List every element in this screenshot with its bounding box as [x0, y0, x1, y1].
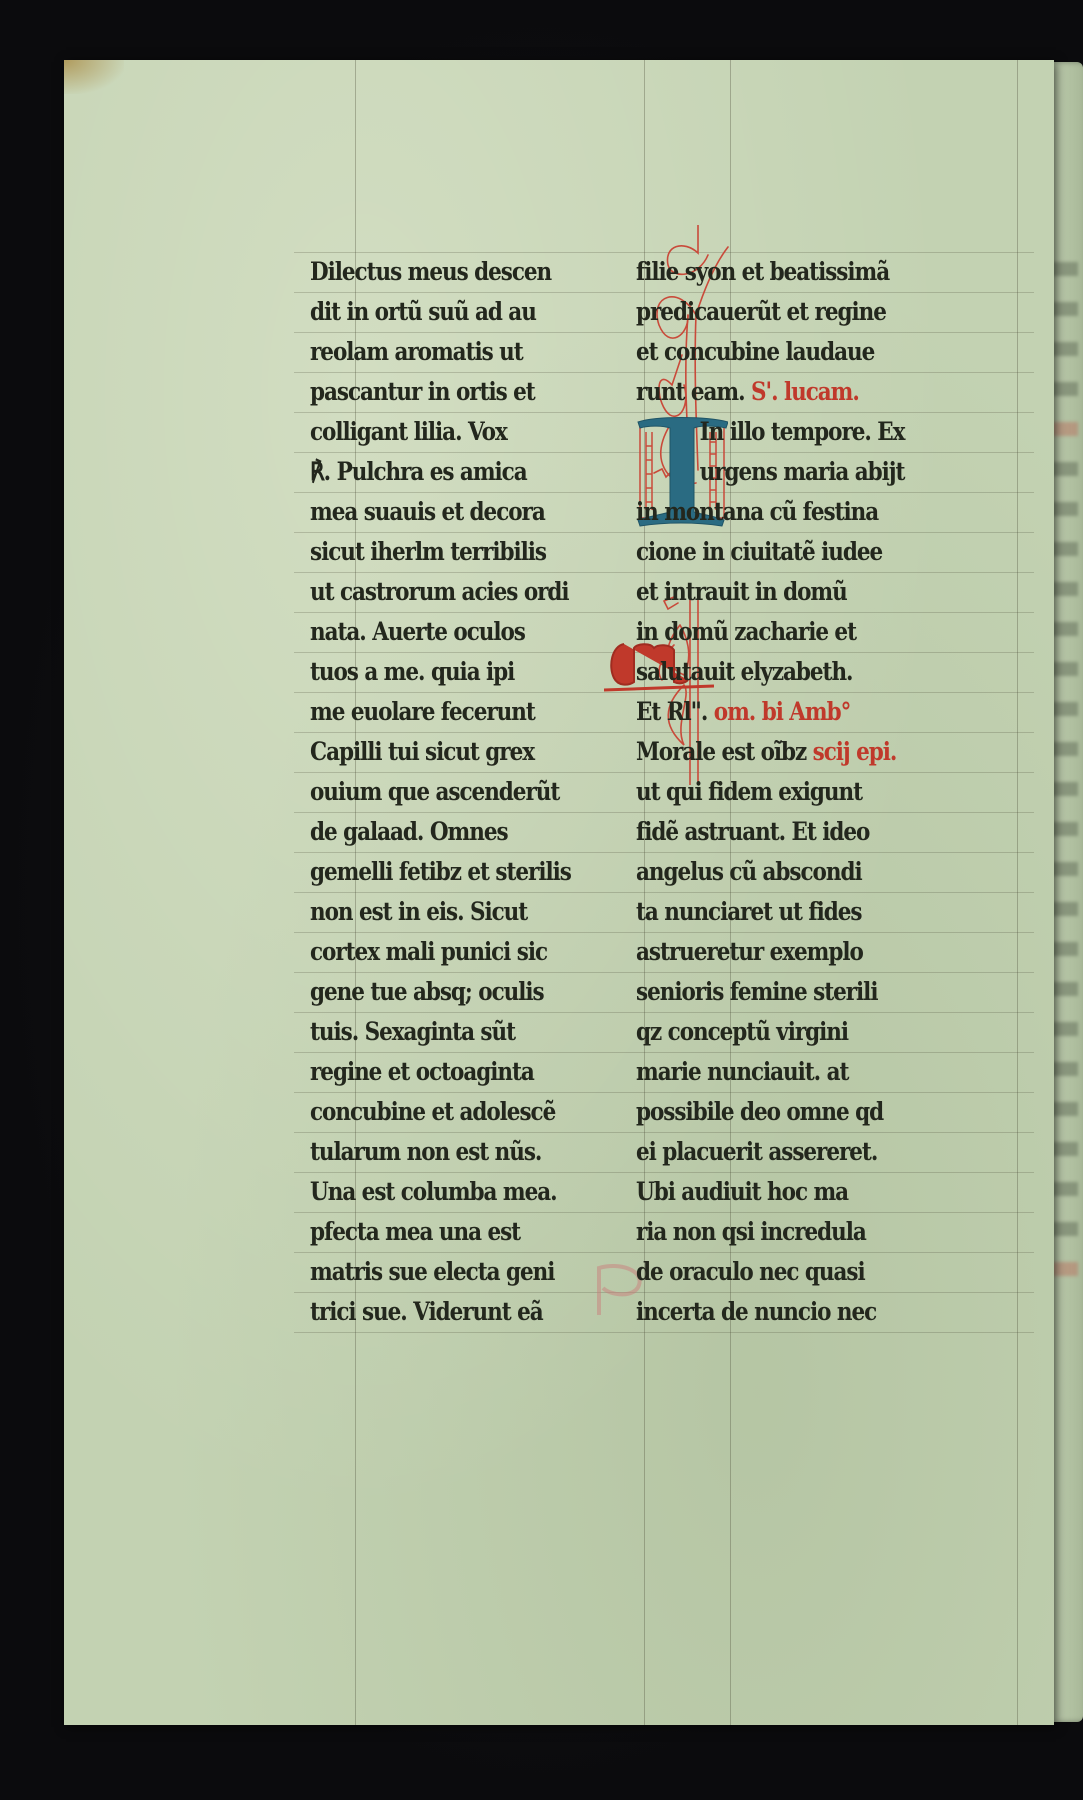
text-line: pascantur in ortis et — [310, 372, 571, 412]
ghost-text — [1052, 902, 1078, 916]
text-line: Morale est oĩbz scij epi. — [636, 732, 904, 772]
ghost-text — [1052, 382, 1078, 396]
ghost-text — [1052, 462, 1078, 476]
text-line: astrueretur exemplo — [636, 932, 904, 972]
text-line: me euolare fecerunt — [310, 692, 571, 732]
text-line: et intrauit in domũ — [636, 572, 904, 612]
ghost-text — [1052, 1142, 1078, 1156]
text-line: tuis. Sexaginta sũt — [310, 1012, 571, 1052]
text-line: tuos a me. quia ipi — [310, 652, 571, 692]
text-line: runt eam. S'. lucam. — [636, 372, 904, 412]
ghost-text — [1052, 822, 1078, 836]
ghost-text — [1052, 1022, 1078, 1036]
text-line: reolam aromatis ut — [310, 332, 571, 372]
text-line: in montana cũ festina — [636, 492, 904, 532]
ghost-text — [1052, 662, 1078, 676]
ghost-text — [1052, 502, 1078, 516]
text-line: Et Rl". om. bi Amb° — [636, 692, 904, 732]
ghost-text — [1052, 542, 1078, 556]
text-line: ei placuerit assereret. — [636, 1132, 904, 1172]
text-line: fidẽ astruant. Et ideo — [636, 812, 904, 852]
manuscript-leaf: Dilectus meus descendit in ortũ suũ ad a… — [64, 60, 1054, 1725]
text-line: senioris femine sterili — [636, 972, 904, 1012]
text-line: mea suauis et decora — [310, 492, 571, 532]
ghost-text — [1052, 1062, 1078, 1076]
rubric-text: S'. lucam. — [751, 377, 859, 406]
ghost-text — [1052, 862, 1078, 876]
ghost-text — [1052, 342, 1078, 356]
text-line: dit in ortũ suũ ad au — [310, 292, 571, 332]
rubric-text: om. bi Amb° — [714, 697, 851, 726]
ghost-text — [1052, 1222, 1078, 1236]
text-line: possibile deo omne qd — [636, 1092, 904, 1132]
ghost-text — [1052, 262, 1078, 276]
text-line: Dilectus meus descen — [310, 252, 571, 292]
text-line: in domũ zacharie et — [636, 612, 904, 652]
rubric-text: scij epi. — [813, 737, 897, 766]
ghost-text — [1052, 702, 1078, 716]
text-line: Capilli tui sicut grex — [310, 732, 571, 772]
text-line: qz conceptũ virgini — [636, 1012, 904, 1052]
text-line: et concubine laudaue — [636, 332, 904, 372]
text-line: ut qui fidem exigunt — [636, 772, 904, 812]
ghost-text — [1052, 1182, 1078, 1196]
text-line: In illo tempore. Ex — [636, 412, 904, 452]
text-line: filie syon et beatissimã — [636, 252, 904, 292]
text-line: colligant lilia. Vox — [310, 412, 571, 452]
text-line: matris sue electa geni — [310, 1252, 571, 1292]
text-line: sicut iherlm terribilis — [310, 532, 571, 572]
ghost-rubric — [1052, 422, 1078, 436]
text-line: incerta de nuncio nec — [636, 1292, 904, 1332]
text-line: ta nunciaret ut fides — [636, 892, 904, 932]
ghost-text — [1052, 982, 1078, 996]
text-line: non est in eis. Sicut — [310, 892, 571, 932]
text-line: nata. Auerte oculos — [310, 612, 571, 652]
ghost-text — [1052, 942, 1078, 956]
text-line: predicauerũt et regine — [636, 292, 904, 332]
ghost-text — [1052, 302, 1078, 316]
text-line: salutauit elyzabeth. — [636, 652, 904, 692]
text-line: marie nunciauit. at — [636, 1052, 904, 1092]
text-line: de oraculo nec quasi — [636, 1252, 904, 1292]
text-line: ut castrorum acies ordi — [310, 572, 571, 612]
text-line: trici sue. Viderunt eã — [310, 1292, 571, 1332]
text-line: ℟. Pulchra es amica — [310, 452, 571, 492]
text-line: regine et octoaginta — [310, 1052, 571, 1092]
text-line: gene tue absq; oculis — [310, 972, 571, 1012]
text-line: ria non qsi incredula — [636, 1212, 904, 1252]
text-line: angelus cũ abscondi — [636, 852, 904, 892]
ghost-text — [1052, 782, 1078, 796]
text-line: pfecta mea una est — [310, 1212, 571, 1252]
ghost-rubric — [1052, 1262, 1078, 1276]
text-line: cione in ciuitatẽ iudee — [636, 532, 904, 572]
left-text-column: Dilectus meus descendit in ortũ suũ ad a… — [310, 252, 613, 1332]
corner-stain — [64, 60, 124, 94]
ghost-text — [1052, 622, 1078, 636]
text-line: cortex mali punici sic — [310, 932, 571, 972]
text-line: gemelli fetibz et sterilis — [310, 852, 571, 892]
right-text-column: filie syon et beatissimãpredicauerũt et … — [636, 252, 948, 1332]
text-line: ouium que ascenderũt — [310, 772, 571, 812]
ghost-text — [1052, 582, 1078, 596]
ghost-text — [1052, 1102, 1078, 1116]
text-line: Una est columba mea. — [310, 1172, 571, 1212]
text-line: urgens maria abijt — [636, 452, 904, 492]
ghost-text — [1052, 742, 1078, 756]
text-line: de galaad. Omnes — [310, 812, 571, 852]
text-line: tularum non est nũs. — [310, 1132, 571, 1172]
text-line: concubine et adolescẽ — [310, 1092, 571, 1132]
ruling-line — [294, 1332, 1034, 1333]
text-line: Ubi audiuit hoc ma — [636, 1172, 904, 1212]
